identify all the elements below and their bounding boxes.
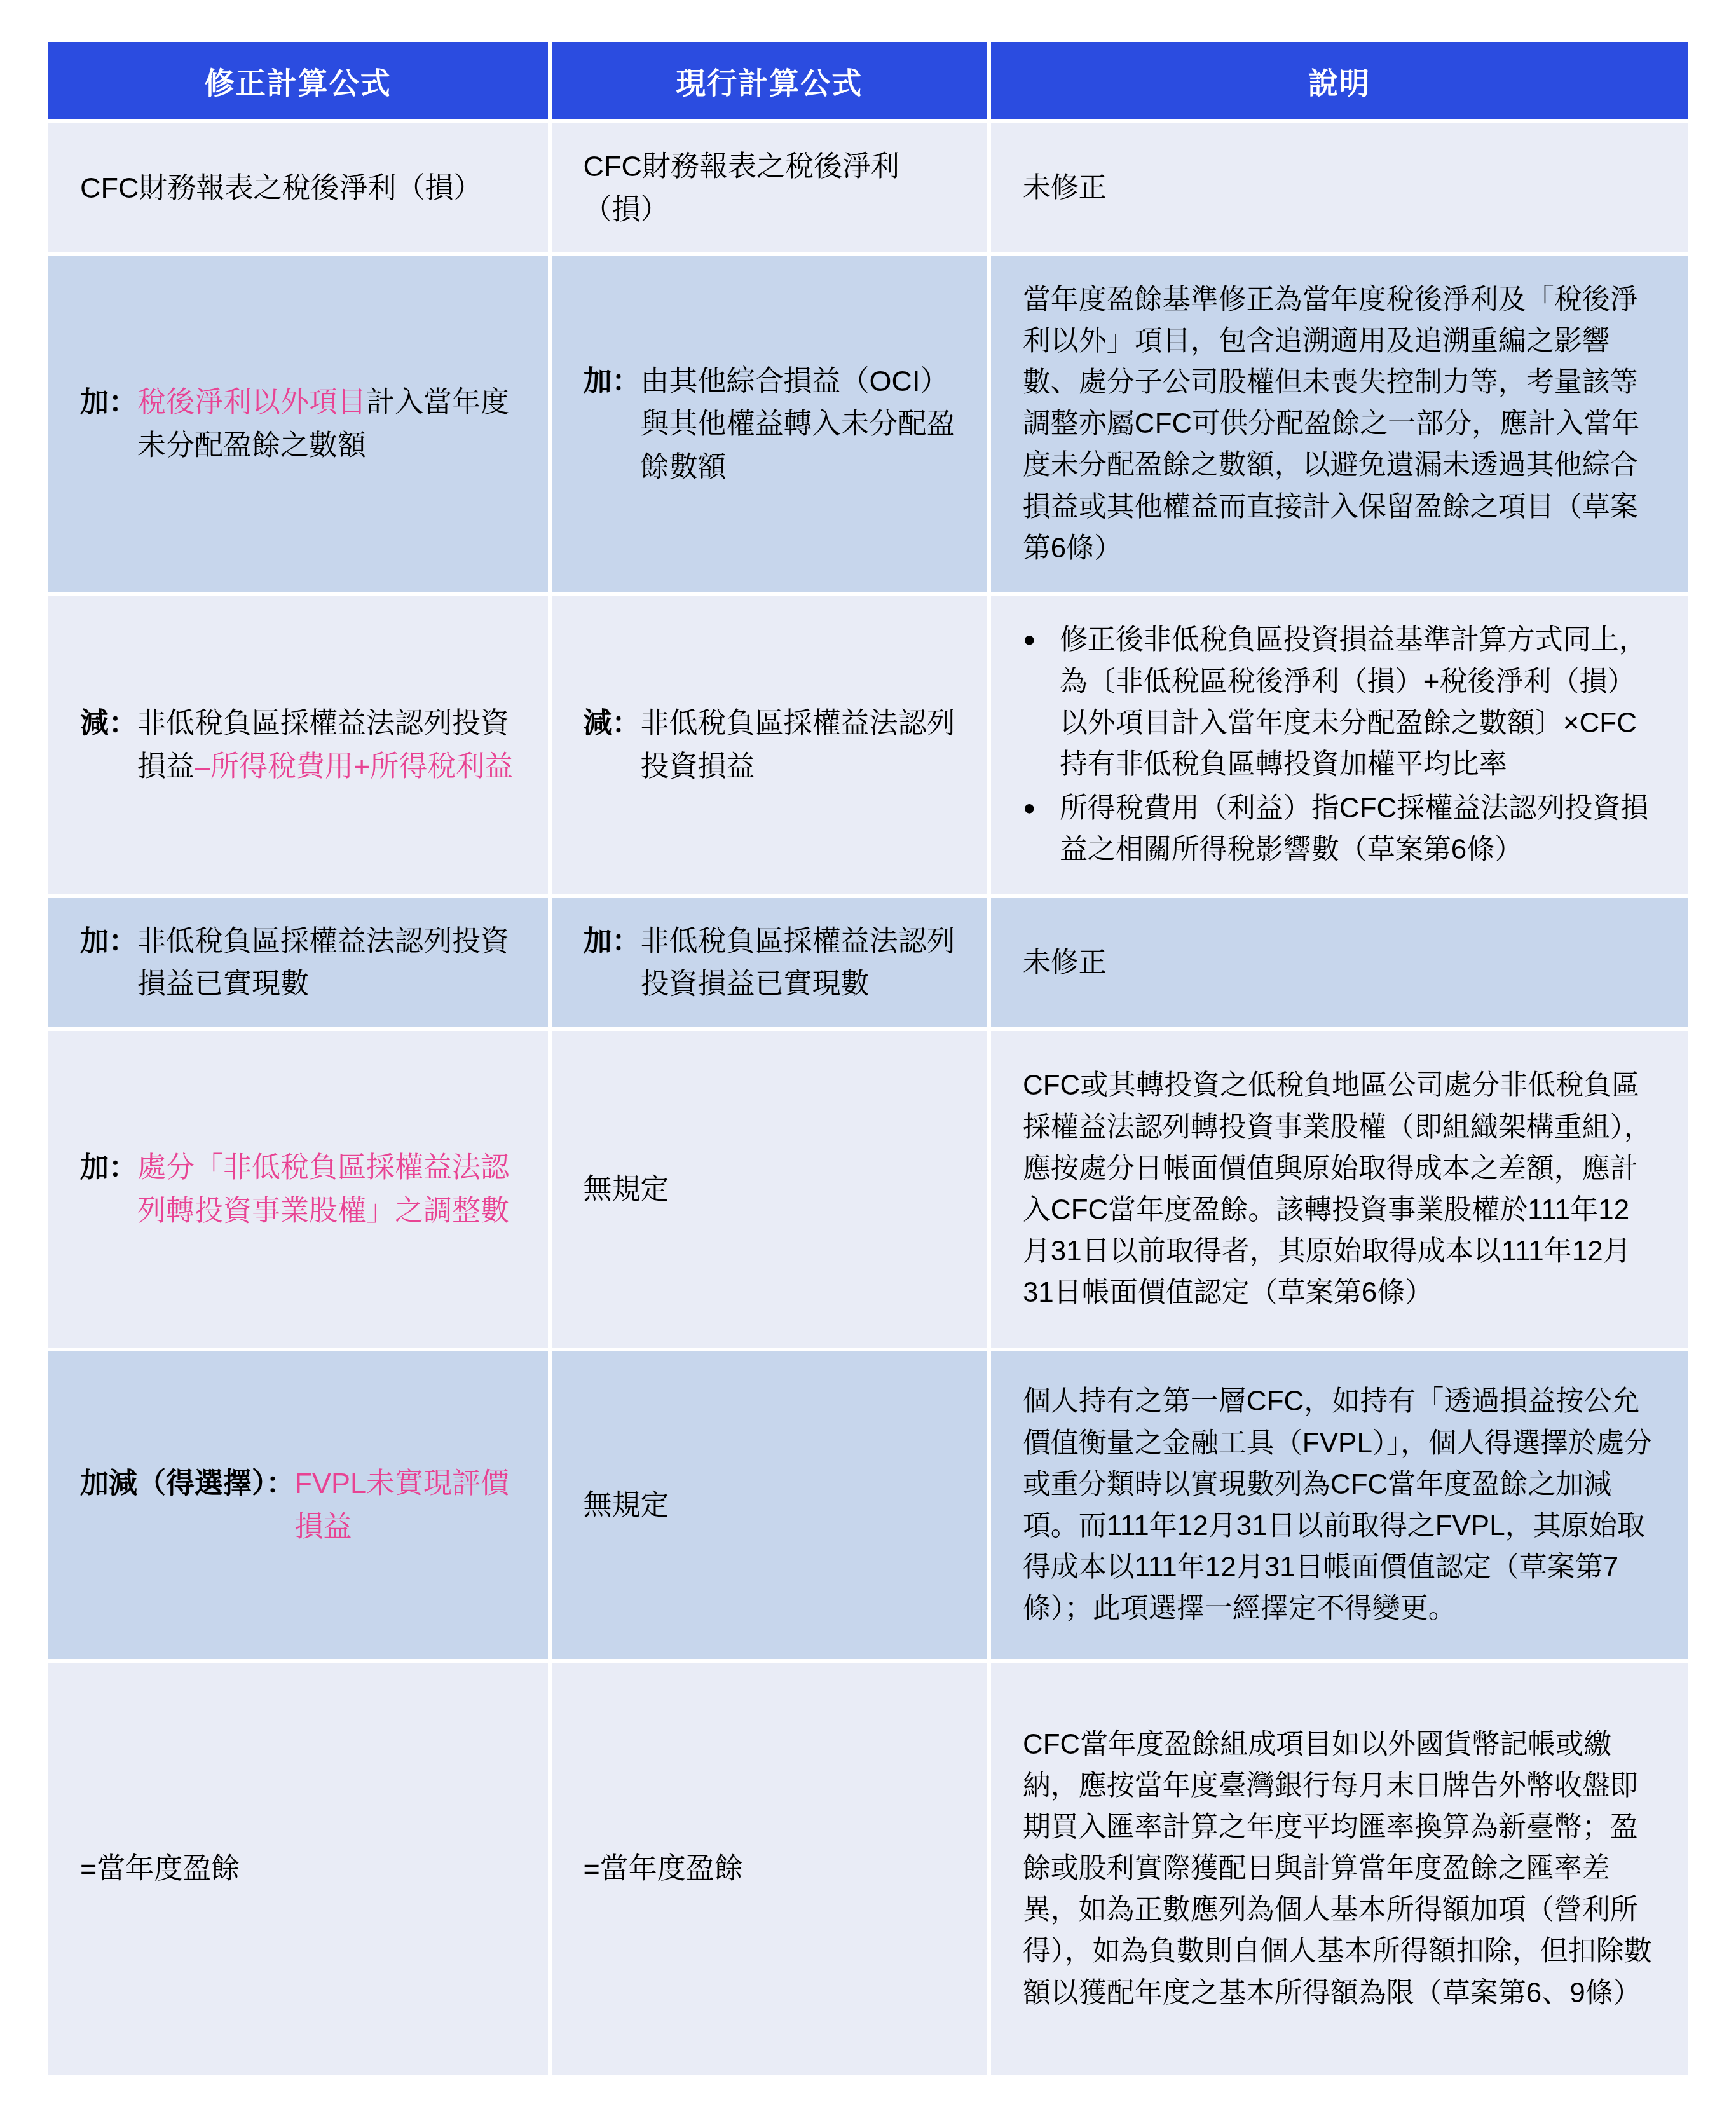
- explanation-cell: 未修正: [991, 123, 1688, 252]
- formula-text: 處分「非低稅負區採權益法認列轉投資事業股權」之調整數: [137, 1146, 519, 1232]
- table-body: CFC財務報表之稅後淨利（損） CFC財務報表之稅後淨利（損） 未修正 加： 稅…: [48, 123, 1688, 2075]
- current-formula: 無規定: [584, 1484, 959, 1527]
- formula-text: 稅後淨利以外項目計入當年度未分配盈餘之數額: [137, 381, 519, 467]
- formula-text: 無規定: [584, 1168, 959, 1211]
- revised-formula-cell: 加： 稅後淨利以外項目計入當年度未分配盈餘之數額: [48, 256, 548, 592]
- bullet-item: ●所得稅費用（利益）指CFC採權益法認列投資損益之相關所得稅影響數（草案第6條）: [1023, 788, 1653, 870]
- current-formula-cell: 加： 由其他綜合損益（OCI）與其他權益轉入未分配盈餘數額: [552, 256, 987, 592]
- revised-formula: 加： 稅後淨利以外項目計入當年度未分配盈餘之數額: [80, 381, 519, 467]
- table-row: 加： 稅後淨利以外項目計入當年度未分配盈餘之數額 加： 由其他綜合損益（OCI）…: [48, 256, 1688, 592]
- revised-formula: 減： 非低稅負區採權益法認列投資損益–所得稅費用+所得稅利益: [80, 702, 519, 788]
- table-row: CFC財務報表之稅後淨利（損） CFC財務報表之稅後淨利（損） 未修正: [48, 123, 1688, 252]
- operator-prefix: 加減（得選擇）：: [80, 1462, 295, 1505]
- formula-segment: 無規定: [584, 1173, 669, 1205]
- bullet-text: 修正後非低稅負區投資損益基準計算方式同上，為〔非低稅區稅後淨利（損）+稅後淨利（…: [1060, 619, 1653, 784]
- current-formula: =當年度盈餘: [584, 1847, 959, 1890]
- explanation-paragraph: 當年度盈餘基準修正為當年度稅後淨利及「稅後淨利以外」項目，包含追溯適用及追溯重編…: [1023, 279, 1653, 569]
- bullet-icon: ●: [1023, 619, 1060, 660]
- bullet-icon: ●: [1023, 788, 1060, 829]
- formula-text: 由其他綜合損益（OCI）與其他權益轉入未分配盈餘數額: [641, 360, 959, 489]
- formula-segment: 無規定: [584, 1489, 669, 1521]
- formula-text: =當年度盈餘: [80, 1847, 519, 1890]
- current-formula-cell: 加： 非低稅負區採權益法認列投資損益已實現數: [552, 898, 987, 1027]
- formula-segment: =當年度盈餘: [80, 1852, 240, 1885]
- current-formula-cell: 減： 非低稅負區採權益法認列投資損益: [552, 596, 987, 894]
- explanation-bullet-list: ●修正後非低稅負區投資損益基準計算方式同上，為〔非低稅區稅後淨利（損）+稅後淨利…: [1023, 619, 1653, 870]
- current-formula-cell: 無規定: [552, 1351, 987, 1659]
- current-formula: 加： 由其他綜合損益（OCI）與其他權益轉入未分配盈餘數額: [584, 360, 959, 489]
- formula-text: 非低稅負區採權益法認列投資損益–所得稅費用+所得稅利益: [137, 702, 519, 788]
- formula-text: CFC財務報表之稅後淨利（損）: [80, 167, 519, 210]
- header-row: 修正計算公式 現行計算公式 說明: [48, 42, 1688, 119]
- formula-segment: 非低稅負區採權益法認列投資損益: [641, 707, 955, 782]
- operator-prefix: 加：: [80, 381, 137, 424]
- table-row: 加： 處分「非低稅負區採權益法認列轉投資事業股權」之調整數 無規定 CFC或其轉…: [48, 1031, 1688, 1348]
- revised-formula: 加減（得選擇）： FVPL未實現評價損益: [80, 1462, 519, 1548]
- revised-formula-cell: 減： 非低稅負區採權益法認列投資損益–所得稅費用+所得稅利益: [48, 596, 548, 894]
- current-formula-cell: CFC財務報表之稅後淨利（損）: [552, 123, 987, 252]
- table-row: 加減（得選擇）： FVPL未實現評價損益 無規定 個人持有之第一層CFC，如持有…: [48, 1351, 1688, 1659]
- operator-prefix: 加：: [80, 920, 137, 963]
- formula-segment: CFC財務報表之稅後淨利（損）: [584, 150, 899, 226]
- formula-text: 非低稅負區採權益法認列投資損益已實現數: [641, 920, 959, 1006]
- current-formula: 無規定: [584, 1168, 959, 1211]
- current-formula: 減： 非低稅負區採權益法認列投資損益: [584, 702, 959, 788]
- column-header-revised-formula: 修正計算公式: [48, 42, 548, 119]
- formula-segment: CFC財務報表之稅後淨利（損）: [80, 172, 482, 204]
- table-header: 修正計算公式 現行計算公式 說明: [48, 42, 1688, 119]
- table-row: =當年度盈餘 =當年度盈餘 CFC當年度盈餘組成項目如以外國貨幣記帳或繳納，應按…: [48, 1663, 1688, 2075]
- revised-formula: 加： 非低稅負區採權益法認列投資損益已實現數: [80, 920, 519, 1006]
- formula-segment: 非低稅負區採權益法認列投資損益已實現數: [641, 925, 955, 1000]
- revised-formula-cell: CFC財務報表之稅後淨利（損）: [48, 123, 548, 252]
- revised-formula: CFC財務報表之稅後淨利（損）: [80, 167, 519, 210]
- table-row: 加： 非低稅負區採權益法認列投資損益已實現數 加： 非低稅負區採權益法認列投資損…: [48, 898, 1688, 1027]
- explanation-paragraph: CFC或其轉投資之低稅負地區公司處分非低稅負區採權益法認列轉投資事業股權（即組織…: [1023, 1065, 1653, 1313]
- current-formula-cell: 無規定: [552, 1031, 987, 1348]
- operator-prefix: 加：: [584, 920, 641, 963]
- formula-segment: 由其他綜合損益（OCI）與其他權益轉入未分配盈餘數額: [641, 365, 955, 483]
- operator-prefix: 加：: [80, 1146, 137, 1189]
- explanation-cell: 當年度盈餘基準修正為當年度稅後淨利及「稅後淨利以外」項目，包含追溯適用及追溯重編…: [991, 256, 1688, 592]
- explanation-cell: ●修正後非低稅負區投資損益基準計算方式同上，為〔非低稅區稅後淨利（損）+稅後淨利…: [991, 596, 1688, 894]
- formula-segment: 非低稅負區採權益法認列投資損益已實現數: [137, 925, 509, 1000]
- formula-text: 無規定: [584, 1484, 959, 1527]
- explanation-paragraph: 未修正: [1023, 167, 1653, 208]
- explanation-paragraph: 未修正: [1023, 942, 1653, 983]
- column-header-current-formula: 現行計算公式: [552, 42, 987, 119]
- revised-formula: 加： 處分「非低稅負區採權益法認列轉投資事業股權」之調整數: [80, 1146, 519, 1232]
- operator-prefix: 減：: [80, 702, 137, 745]
- revised-formula: =當年度盈餘: [80, 1847, 519, 1890]
- column-header-explanation: 說明: [991, 42, 1688, 119]
- highlighted-formula-segment: FVPL未實現評價損益: [295, 1467, 510, 1543]
- revised-formula-cell: 加減（得選擇）： FVPL未實現評價損益: [48, 1351, 548, 1659]
- revised-formula-cell: 加： 非低稅負區採權益法認列投資損益已實現數: [48, 898, 548, 1027]
- current-formula: CFC財務報表之稅後淨利（損）: [584, 145, 959, 231]
- explanation-cell: CFC當年度盈餘組成項目如以外國貨幣記帳或繳納，應按當年度臺灣銀行每月末日牌告外…: [991, 1663, 1688, 2075]
- formula-text: =當年度盈餘: [584, 1847, 959, 1890]
- formula-segment: =當年度盈餘: [584, 1852, 743, 1885]
- explanation-cell: 未修正: [991, 898, 1688, 1027]
- explanation-cell: CFC或其轉投資之低稅負地區公司處分非低稅負區採權益法認列轉投資事業股權（即組織…: [991, 1031, 1688, 1348]
- explanation-cell: 個人持有之第一層CFC，如持有「透過損益按公允價值衡量之金融工具（FVPL）」，…: [991, 1351, 1688, 1659]
- bullet-text: 所得稅費用（利益）指CFC採權益法認列投資損益之相關所得稅影響數（草案第6條）: [1060, 788, 1653, 870]
- bullet-item: ●修正後非低稅負區投資損益基準計算方式同上，為〔非低稅區稅後淨利（損）+稅後淨利…: [1023, 619, 1653, 784]
- operator-prefix: 減：: [584, 702, 641, 745]
- formula-text: FVPL未實現評價損益: [295, 1462, 519, 1548]
- revised-formula-cell: 加： 處分「非低稅負區採權益法認列轉投資事業股權」之調整數: [48, 1031, 548, 1348]
- cfc-earnings-formula-table: 修正計算公式 現行計算公式 說明 CFC財務報表之稅後淨利（損） CFC財務報表…: [44, 38, 1692, 2079]
- formula-text: CFC財務報表之稅後淨利（損）: [584, 145, 959, 231]
- revised-formula-cell: =當年度盈餘: [48, 1663, 548, 2075]
- explanation-paragraph: 個人持有之第一層CFC，如持有「透過損益按公允價值衡量之金融工具（FVPL）」，…: [1023, 1381, 1653, 1629]
- operator-prefix: 加：: [584, 360, 641, 403]
- highlighted-formula-segment: –所得稅費用+所得稅利益: [195, 750, 513, 782]
- explanation-paragraph: CFC當年度盈餘組成項目如以外國貨幣記帳或繳納，應按當年度臺灣銀行每月末日牌告外…: [1023, 1724, 1653, 2014]
- formula-text: 非低稅負區採權益法認列投資損益已實現數: [137, 920, 519, 1006]
- current-formula: 加： 非低稅負區採權益法認列投資損益已實現數: [584, 920, 959, 1006]
- page: 修正計算公式 現行計算公式 說明 CFC財務報表之稅後淨利（損） CFC財務報表…: [0, 0, 1736, 2123]
- current-formula-cell: =當年度盈餘: [552, 1663, 987, 2075]
- highlighted-formula-segment: 稅後淨利以外項目: [137, 386, 366, 418]
- formula-text: 非低稅負區採權益法認列投資損益: [641, 702, 959, 788]
- highlighted-formula-segment: 處分「非低稅負區採權益法認列轉投資事業股權」之調整數: [137, 1151, 509, 1227]
- table-row: 減： 非低稅負區採權益法認列投資損益–所得稅費用+所得稅利益 減： 非低稅負區採…: [48, 596, 1688, 894]
